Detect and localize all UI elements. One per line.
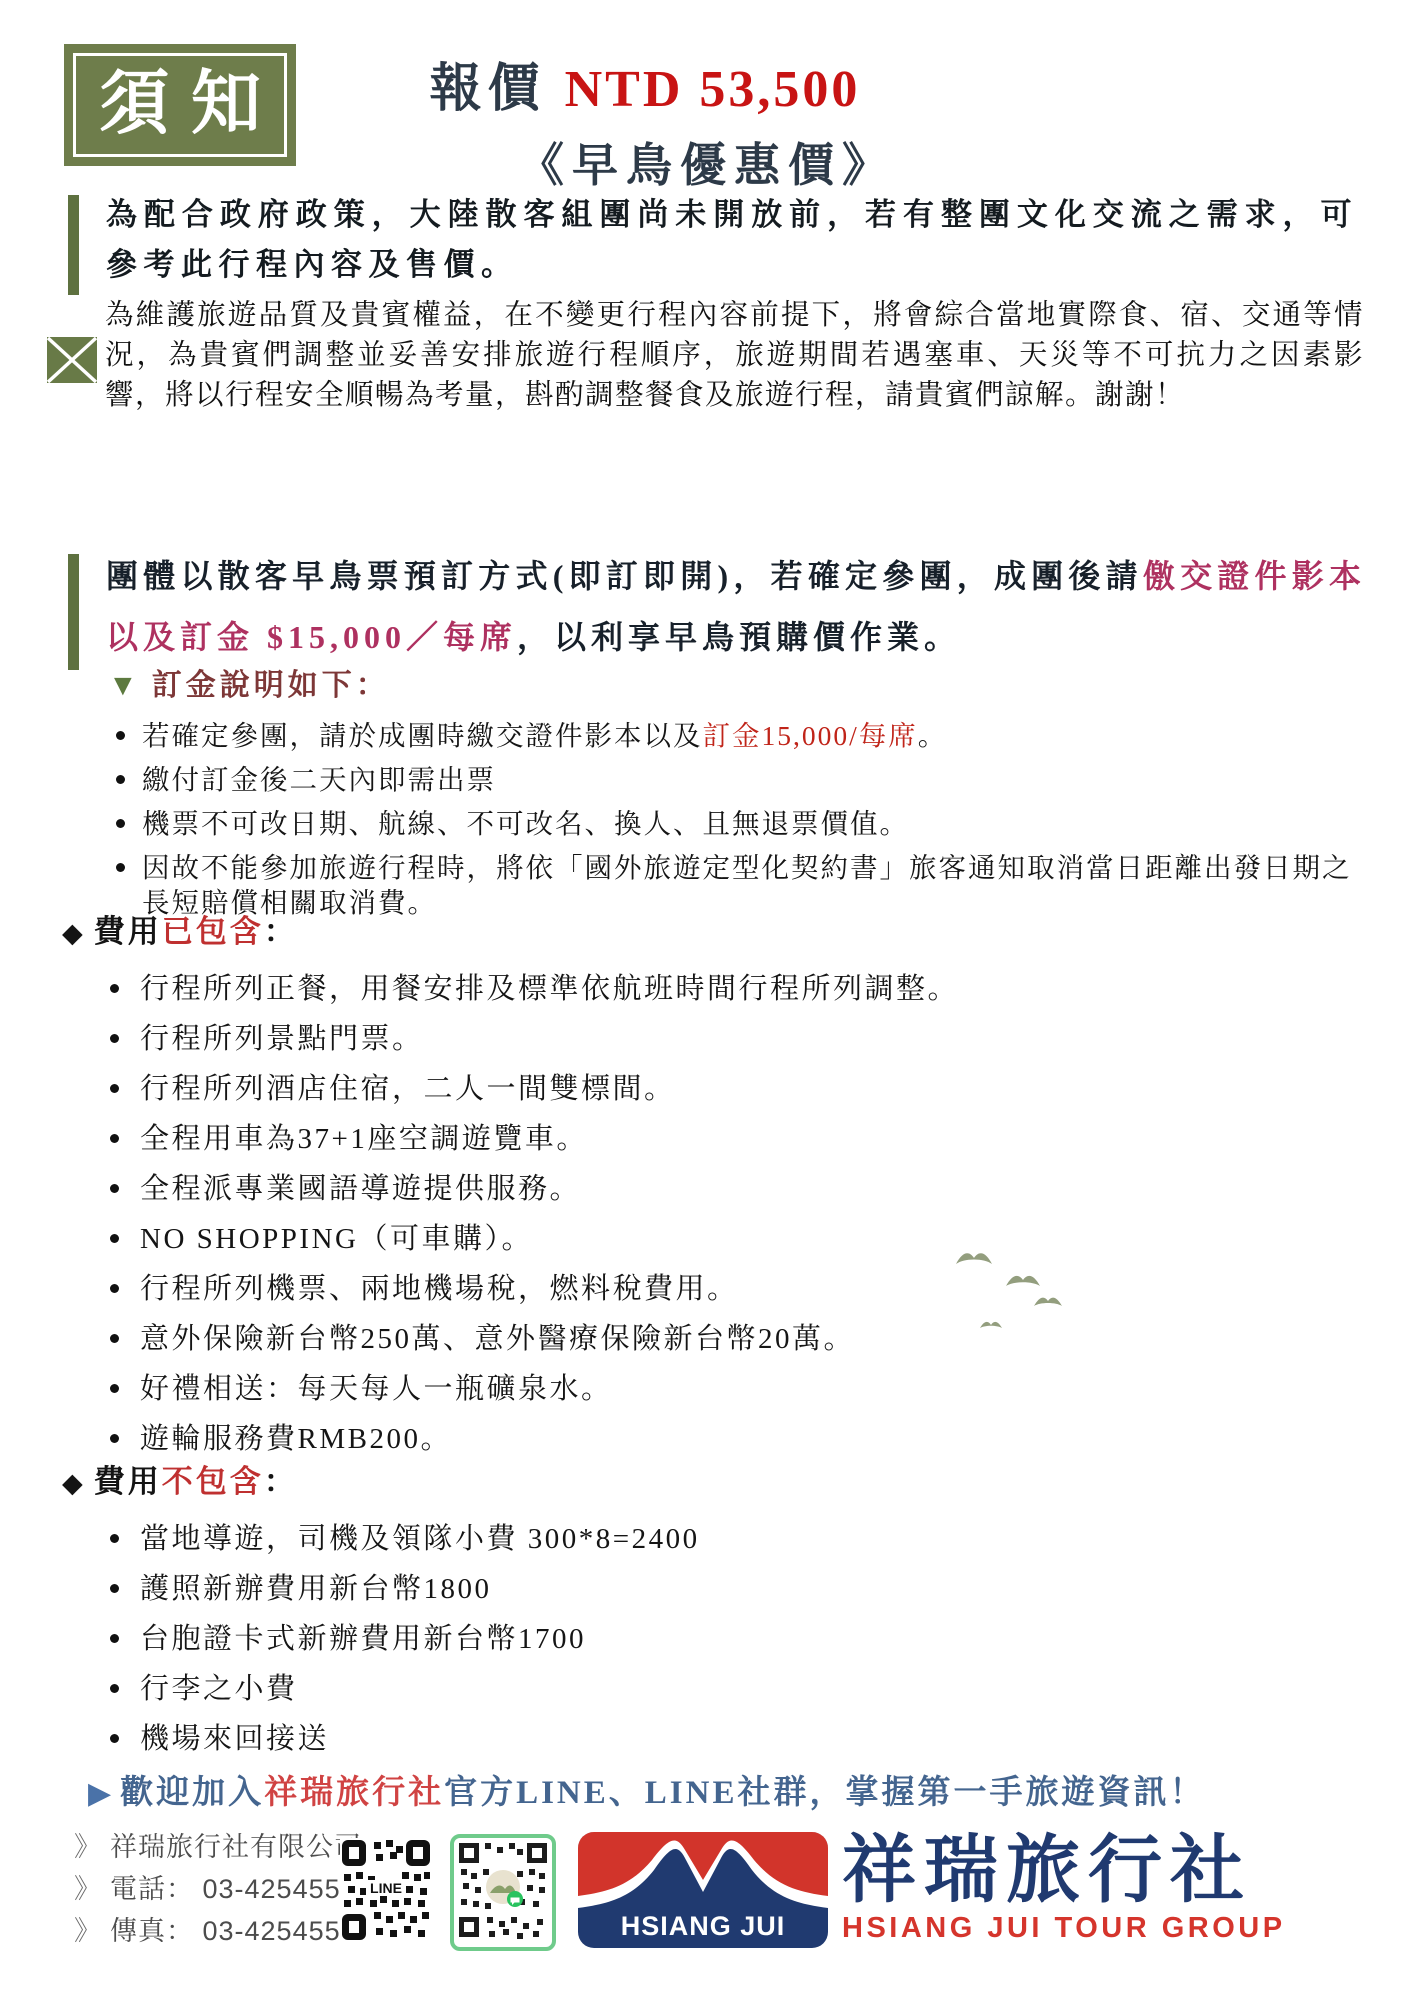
agency-name-english: HSIANG JUI TOUR GROUP	[842, 1912, 1286, 1945]
promo-text-2: 官方LINE、LINE社群，掌握第一手旅遊資訊！	[444, 1775, 1205, 1811]
deposit-item1-suffix: 。	[918, 720, 948, 751]
company-name: 祥瑞旅行社有限公司	[110, 1832, 362, 1862]
list-item: 全程派專業國語導遊提供服務。	[104, 1169, 1364, 1219]
list-item: 行程所列酒店住宿，二人一間雙標間。	[104, 1069, 1364, 1119]
deposit-section: ▼訂金說明如下： 若確定參團，請於成團時繳交證件影本以及訂金15,000/每席。…	[108, 660, 1364, 929]
qr1-line-label: LINE	[370, 1880, 402, 1896]
list-item: 全程用車為37+1座空調遊覽車。	[104, 1119, 1364, 1169]
list-item: 台胞證卡式新辦費用新台幣1700	[104, 1619, 1364, 1669]
fees-included-colon: ：	[264, 914, 298, 949]
line-qr-code: LINE	[340, 1838, 432, 1947]
fax-number: 傳真： 03-4254558	[110, 1916, 357, 1946]
price-value: NTD 53,500	[565, 61, 861, 118]
early-bird-text-1: 團體以散客早鳥票預訂方式(即訂即開)，若確定參團，成團後請	[106, 558, 1143, 594]
agency-logo: HSIANG JUI 祥瑞旅行社 HSIANG JUI TOUR GROUP	[578, 1832, 1286, 1948]
policy-paragraph: 為配合政府政策，大陸散客組團尚未開放前，若有整團文化交流之需求，可參考此行程內容…	[68, 190, 1358, 290]
deposit-item1-red: 訂金15,000/每席	[703, 720, 918, 751]
flyer-page: 須知 報價 NTD 53,500 《早鳥優惠價》 為配合政府政策，大陸散客組團尚…	[0, 0, 1414, 2000]
fees-included-heading: ◆費用已包含：	[62, 906, 1364, 951]
logo-badge-text: HSIANG JUI	[621, 1911, 786, 1941]
title-block: 報價 NTD 53,500 《早鳥優惠價》	[0, 46, 1414, 195]
fees-included-list: 行程所列正餐，用餐安排及標準依航班時間行程所列調整。 行程所列景點門票。 行程所…	[104, 969, 1364, 1469]
chevron-icon: 》	[74, 1832, 102, 1862]
line-promo: ▶歡迎加入祥瑞旅行社官方LINE、LINE社群，掌握第一手旅遊資訊！	[88, 1766, 1374, 1813]
accent-bar	[68, 195, 79, 295]
list-item: 護照新辦費用新台幣1800	[104, 1569, 1364, 1619]
deposit-heading: ▼訂金說明如下：	[108, 660, 1364, 704]
early-bird-paragraph-text: 團體以散客早鳥票預訂方式(即訂即開)，若確定參團，成團後請儌交證件影本以及訂金 …	[106, 546, 1366, 668]
list-item: 機場來回接送	[104, 1719, 1364, 1769]
agency-name-chinese: 祥瑞旅行社	[842, 1832, 1286, 1908]
deposit-heading-text: 訂金說明如下：	[152, 669, 390, 702]
list-item: 若確定參團，請於成團時繳交證件影本以及訂金15,000/每席。	[108, 718, 1364, 753]
deposit-list: 若確定參團，請於成團時繳交證件影本以及訂金15,000/每席。 繳付訂金後二天內…	[108, 718, 1364, 920]
list-item: 行程所列正餐，用餐安排及標準依航班時間行程所列調整。	[104, 969, 1364, 1019]
list-item: 意外保險新台幣250萬、意外醫療保險新台幣20萬。	[104, 1319, 1364, 1369]
contact-block: 》祥瑞旅行社有限公司 》電話： 03-4254552 》傳真： 03-42545…	[74, 1826, 332, 1952]
fees-excluded-colon: ：	[264, 1464, 298, 1499]
deposit-item1-prefix: 若確定參團，請於成團時繳交證件影本以及	[142, 720, 703, 751]
list-item: 行程所列機票、兩地機場稅，燃料稅費用。	[104, 1269, 1364, 1319]
phone-number: 電話： 03-4254552	[110, 1874, 357, 1904]
fees-excluded-label: 費用	[94, 1464, 162, 1499]
envelope-icon	[46, 336, 98, 389]
list-item: 行程所列景點門票。	[104, 1019, 1364, 1069]
policy-paragraph-text: 為配合政府政策，大陸散客組團尚未開放前，若有整團文化交流之需求，可參考此行程內容…	[106, 190, 1358, 290]
line-group-qr-code	[450, 1834, 556, 1951]
quality-paragraph-text: 為維護旅遊品質及貴賓權益，在不變更行程內容前提下，將會綜合當地實際食、宿、交通等…	[105, 296, 1364, 416]
promo-agency-name: 祥瑞旅行社	[264, 1775, 444, 1811]
list-item: 機票不可改日期、航線、不可改名、換人、且無退票價值。	[108, 806, 1364, 841]
diamond-icon: ◆	[62, 1468, 86, 1498]
list-item: 當地導遊，司機及領隊小費 300*8=2400	[104, 1519, 1364, 1569]
fees-excluded-list: 當地導遊，司機及領隊小費 300*8=2400 護照新辦費用新台幣1800 台胞…	[104, 1519, 1364, 1769]
fax-line: 》傳真： 03-4254558	[74, 1910, 332, 1952]
fees-excluded-label-red: 不包含	[162, 1464, 264, 1499]
fees-excluded-section: ◆費用不包含： 當地導遊，司機及領隊小費 300*8=2400 護照新辦費用新台…	[62, 1456, 1364, 1769]
diamond-icon: ◆	[62, 918, 86, 948]
early-bird-paragraph: 團體以散客早鳥票預訂方式(即訂即開)，若確定參團，成團後請儌交證件影本以及訂金 …	[68, 546, 1366, 668]
triangle-down-icon: ▼	[108, 669, 142, 702]
company-name-line: 》祥瑞旅行社有限公司	[74, 1826, 332, 1868]
early-bird-text-2: ，以利享早鳥預購價作業。	[517, 619, 961, 655]
promo-text-1: 歡迎加入	[120, 1775, 264, 1811]
fees-included-label-red: 已包含	[162, 914, 264, 949]
birds-decoration	[928, 1248, 1078, 1363]
list-item: 繳付訂金後二天內即需出票	[108, 762, 1364, 797]
agency-logo-mark: HSIANG JUI	[578, 1832, 828, 1948]
footer: 》祥瑞旅行社有限公司 》電話： 03-4254552 》傳真： 03-42545…	[74, 1826, 1384, 1952]
list-item: 行李之小費	[104, 1669, 1364, 1719]
fees-excluded-heading: ◆費用不包含：	[62, 1456, 1364, 1501]
accent-bar	[68, 554, 79, 670]
fees-included-section: ◆費用已包含： 行程所列正餐，用餐安排及標準依航班時間行程所列調整。 行程所列景…	[62, 906, 1364, 1469]
chevron-icon: 》	[74, 1874, 102, 1904]
list-item: NO SHOPPING（可車購）。	[104, 1219, 1364, 1269]
fees-included-label: 費用	[94, 914, 162, 949]
list-item: 好禮相送：每天每人一瓶礦泉水。	[104, 1369, 1364, 1419]
early-bird-subtitle: 《早鳥優惠價》	[0, 129, 1414, 195]
phone-line: 》電話： 03-4254552	[74, 1868, 332, 1910]
quality-paragraph: 為維護旅遊品質及貴賓權益，在不變更行程內容前提下，將會綜合當地實際食、宿、交通等…	[46, 296, 1364, 416]
chevron-icon: 》	[74, 1916, 102, 1946]
agency-logo-text: 祥瑞旅行社 HSIANG JUI TOUR GROUP	[842, 1832, 1286, 1945]
price-title: 報價 NTD 53,500	[0, 46, 1352, 121]
arrow-right-icon: ▶	[88, 1777, 114, 1810]
quote-label: 報價	[430, 61, 565, 118]
